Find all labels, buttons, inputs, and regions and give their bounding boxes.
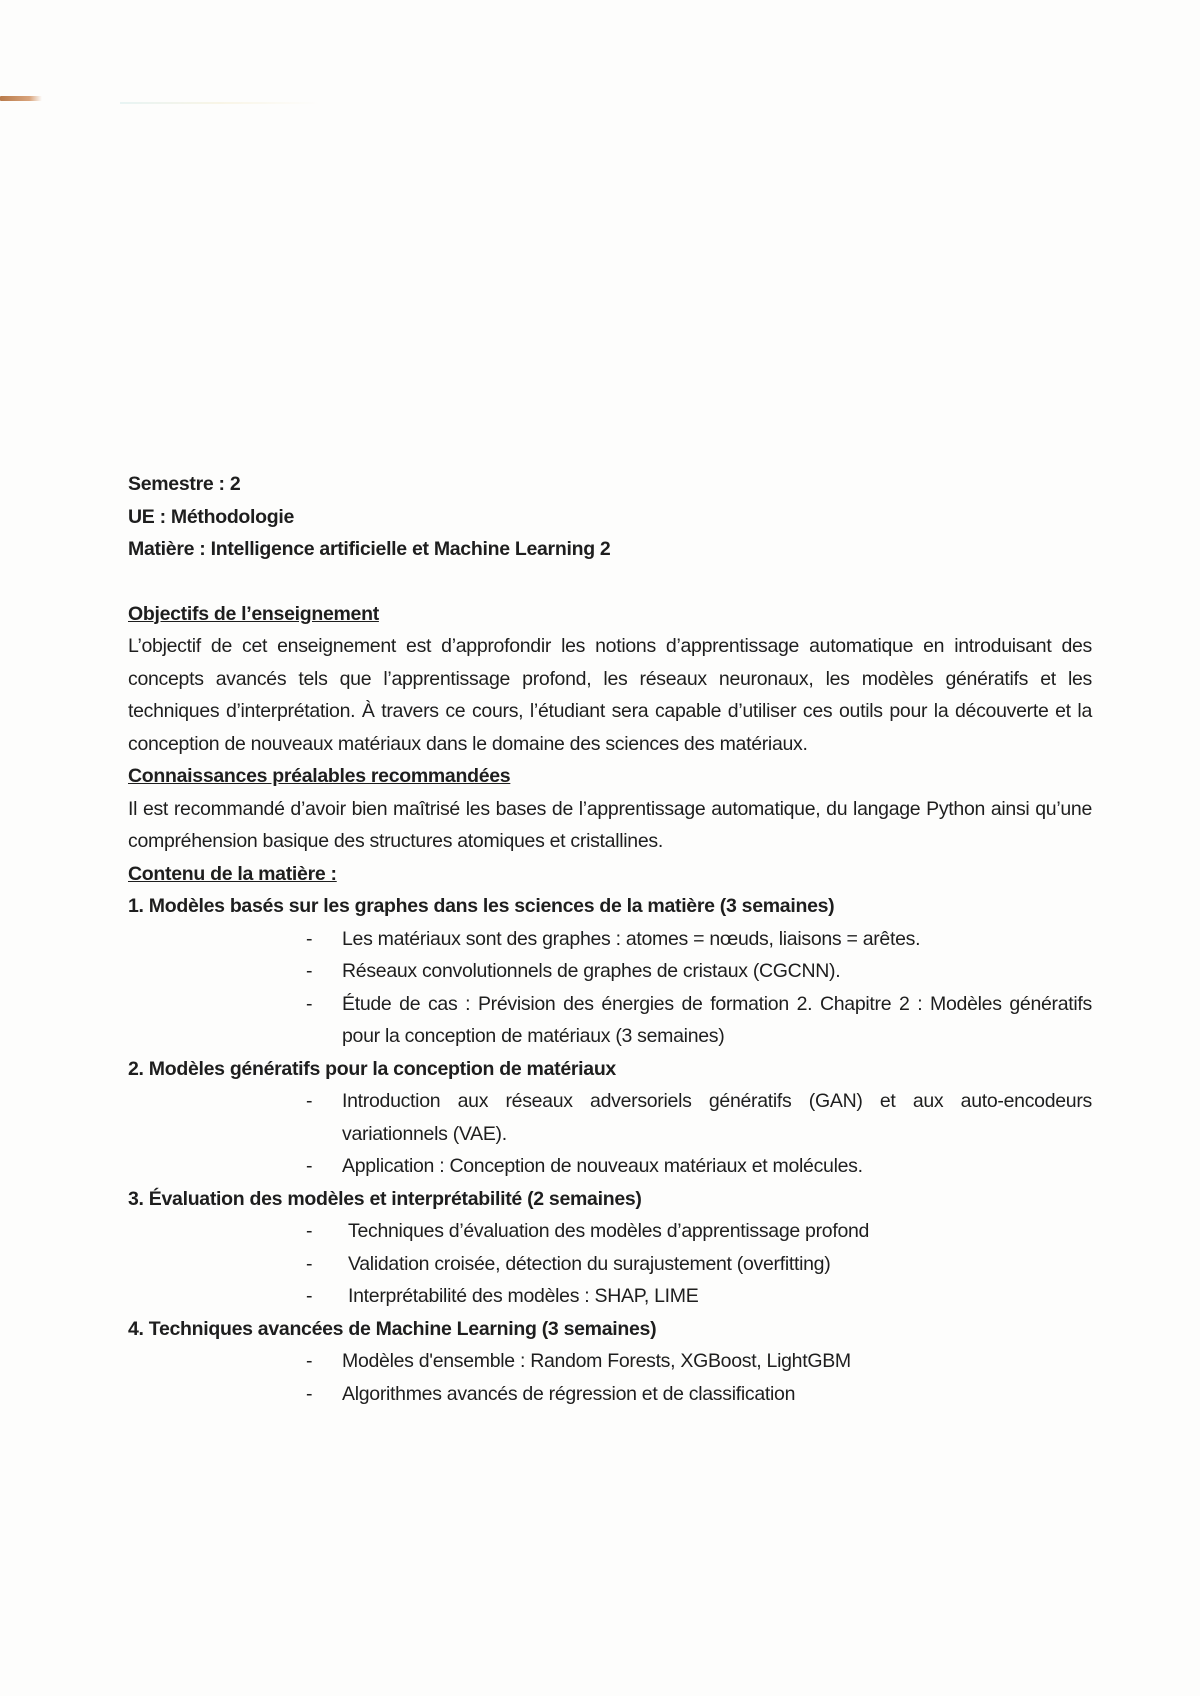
list-item-text: Algorithmes avancés de régression et de … xyxy=(342,1383,795,1405)
list-item: -Application : Conception de nouveaux ma… xyxy=(310,1150,1092,1183)
list-item: -Interprétabilité des modèles : SHAP, LI… xyxy=(310,1280,1092,1313)
dash-bullet-icon: - xyxy=(306,1215,312,1248)
list-item: -Algorithmes avancés de régression et de… xyxy=(310,1378,1092,1411)
contenu-heading: Contenu de la matière : xyxy=(128,858,1092,891)
list-item: -Les matériaux sont des graphes : atomes… xyxy=(310,923,1092,956)
list-item: -Validation croisée, détection du suraju… xyxy=(310,1248,1092,1281)
objectifs-heading: Objectifs de l’enseignement xyxy=(128,598,1092,631)
dash-bullet-icon: - xyxy=(306,1280,312,1313)
dash-bullet-icon: - xyxy=(306,1345,312,1378)
list-item-text: Réseaux convolutionnels de graphes de cr… xyxy=(342,960,840,982)
scan-edge-artifact xyxy=(0,96,42,101)
chapter-title: 1. Modèles basés sur les graphes dans le… xyxy=(128,890,1092,923)
ue-label: UE : Méthodologie xyxy=(128,501,1092,534)
list-item-text: Modèles d'ensemble : Random Forests, XGB… xyxy=(342,1350,851,1372)
list-item-text: Interprétabilité des modèles : SHAP, LIM… xyxy=(348,1285,698,1307)
chapter-bullet-list: -Modèles d'ensemble : Random Forests, XG… xyxy=(128,1345,1092,1410)
matiere-label: Matière : Intelligence artificielle et M… xyxy=(128,533,1092,566)
dash-bullet-icon: - xyxy=(306,1378,312,1411)
scan-line-artifact xyxy=(120,102,320,104)
dash-bullet-icon: - xyxy=(306,955,312,988)
list-item-text: Les matériaux sont des graphes : atomes … xyxy=(342,928,920,950)
dash-bullet-icon: - xyxy=(306,1150,312,1183)
list-item-text: Étude de cas : Prévision des énergies de… xyxy=(342,993,1092,1048)
dash-bullet-icon: - xyxy=(306,923,312,956)
list-item: -Introduction aux réseaux adversoriels g… xyxy=(310,1085,1092,1150)
prerequis-heading: Connaissances préalables recommandées xyxy=(128,760,1092,793)
list-item: -Modèles d'ensemble : Random Forests, XG… xyxy=(310,1345,1092,1378)
chapter-bullet-list: -Techniques d’évaluation des modèles d’a… xyxy=(128,1215,1092,1313)
list-item-text: Techniques d’évaluation des modèles d’ap… xyxy=(348,1220,869,1242)
spacer xyxy=(128,566,1092,598)
list-item: -Étude de cas : Prévision des énergies d… xyxy=(310,988,1092,1053)
semestre-label: Semestre : 2 xyxy=(128,468,1092,501)
chapter-1: 1. Modèles basés sur les graphes dans le… xyxy=(128,890,1092,1053)
list-item: -Réseaux convolutionnels de graphes de c… xyxy=(310,955,1092,988)
chapter-2: 2. Modèles génératifs pour la conception… xyxy=(128,1053,1092,1183)
chapter-4: 4. Techniques avancées de Machine Learni… xyxy=(128,1313,1092,1411)
dash-bullet-icon: - xyxy=(306,988,312,1021)
chapter-title: 4. Techniques avancées de Machine Learni… xyxy=(128,1313,1092,1346)
prerequis-paragraph: Il est recommandé d’avoir bien maîtrisé … xyxy=(128,793,1092,858)
chapter-title: 2. Modèles génératifs pour la conception… xyxy=(128,1053,1092,1086)
chapter-bullet-list: -Introduction aux réseaux adversoriels g… xyxy=(128,1085,1092,1183)
chapter-bullet-list: -Les matériaux sont des graphes : atomes… xyxy=(128,923,1092,1053)
list-item-text: Application : Conception de nouveaux mat… xyxy=(342,1155,863,1177)
chapter-3: 3. Évaluation des modèles et interprétab… xyxy=(128,1183,1092,1313)
chapter-title: 3. Évaluation des modèles et interprétab… xyxy=(128,1183,1092,1216)
dash-bullet-icon: - xyxy=(306,1248,312,1281)
list-item-text: Introduction aux réseaux adversoriels gé… xyxy=(342,1090,1092,1145)
document-page: Semestre : 2 UE : Méthodologie Matière :… xyxy=(128,468,1092,1410)
dash-bullet-icon: - xyxy=(306,1085,312,1118)
list-item-text: Validation croisée, détection du surajus… xyxy=(348,1253,830,1275)
objectifs-paragraph: L’objectif de cet enseignement est d’app… xyxy=(128,630,1092,760)
list-item: -Techniques d’évaluation des modèles d’a… xyxy=(310,1215,1092,1248)
